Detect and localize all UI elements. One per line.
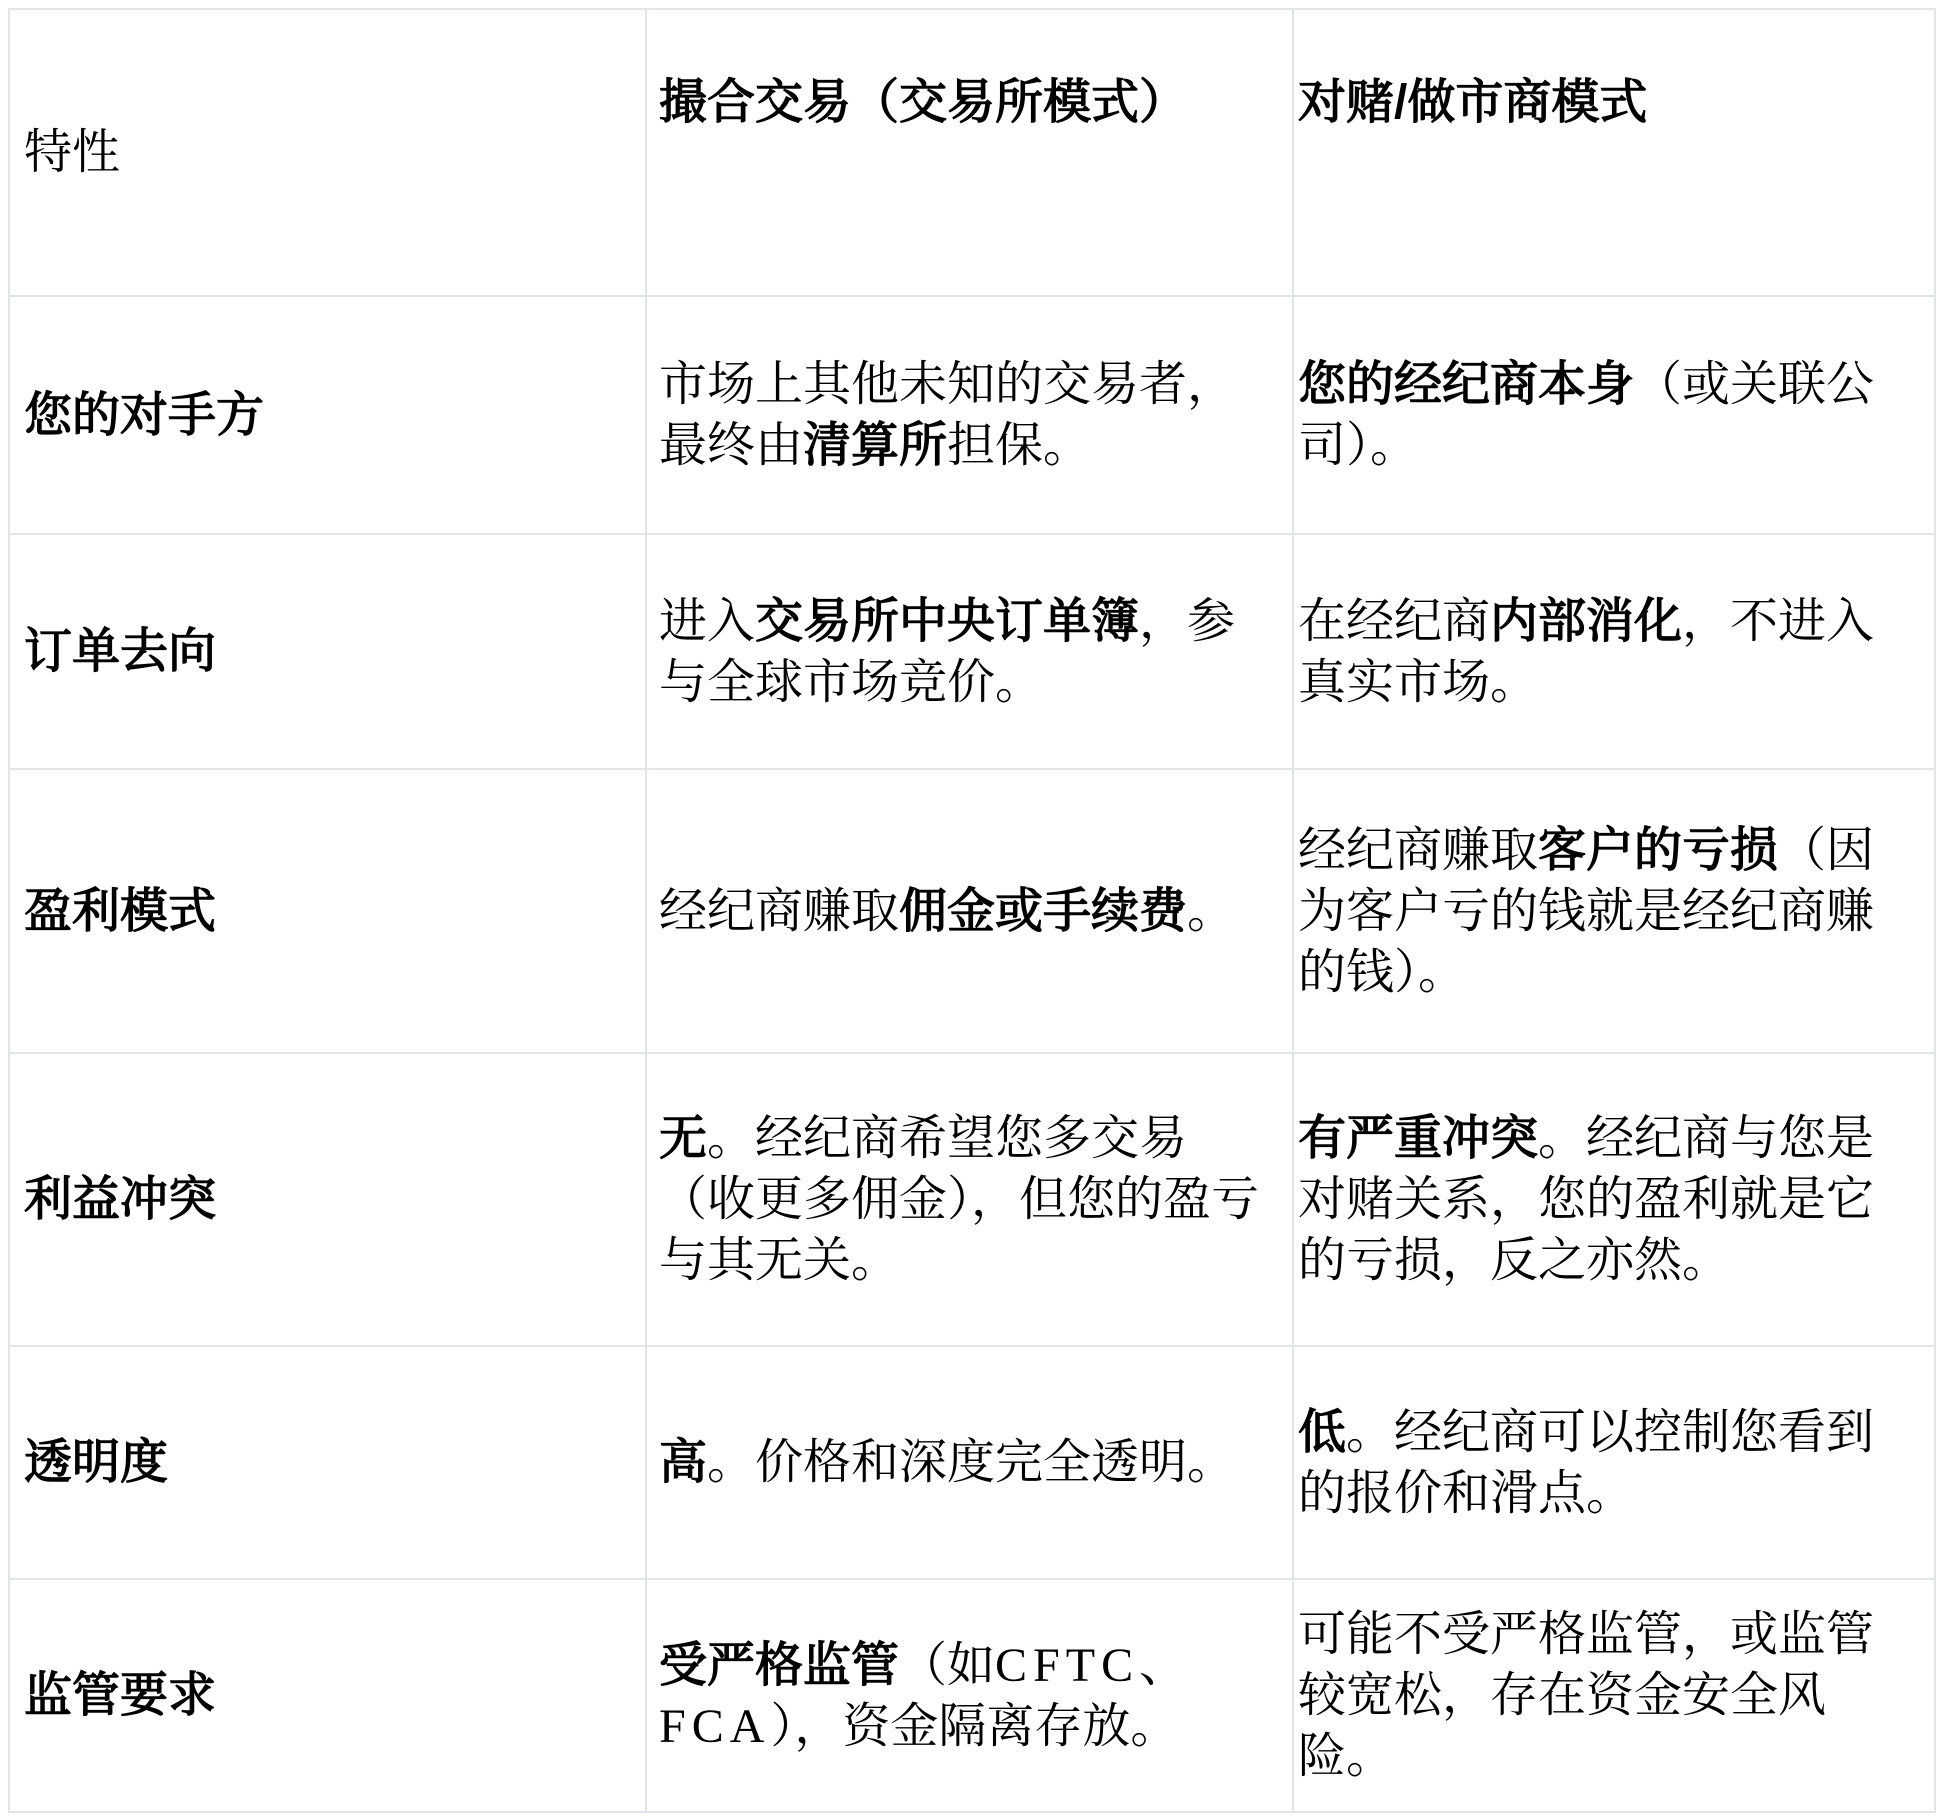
cell-regulation-dealer: 可能不受严格监管，或监管较宽松，存在资金安全风险。 <box>1293 1579 1935 1812</box>
comparison-table: 特性 撮合交易（交易所模式） 对赌/做市商模式 您的对手方 市场上其他未知的交易… <box>8 8 1936 1813</box>
header-row: 特性 撮合交易（交易所模式） 对赌/做市商模式 <box>9 9 1935 296</box>
row-label-profit-model: 盈利模式 <box>9 769 646 1053</box>
col-header-feature: 特性 <box>9 9 646 296</box>
table-row-order-routing: 订单去向 进入交易所中央订单簿，参与全球市场竞价。 在经纪商内部消化，不进入真实… <box>9 534 1935 769</box>
cell-order-routing-exchange: 进入交易所中央订单簿，参与全球市场竞价。 <box>646 534 1293 769</box>
cell-counterparty-exchange: 市场上其他未知的交易者，最终由清算所担保。 <box>646 296 1293 534</box>
table-row-transparency: 透明度 高。价格和深度完全透明。 低。经纪商可以控制您看到的报价和滑点。 <box>9 1346 1935 1579</box>
cell-profit-model-exchange: 经纪商赚取佣金或手续费。 <box>646 769 1293 1053</box>
table-row-counterparty: 您的对手方 市场上其他未知的交易者，最终由清算所担保。 您的经纪商本身（或关联公… <box>9 296 1935 534</box>
cell-order-routing-dealer: 在经纪商内部消化，不进入真实市场。 <box>1293 534 1935 769</box>
cell-transparency-exchange: 高。价格和深度完全透明。 <box>646 1346 1293 1579</box>
page: 特性 撮合交易（交易所模式） 对赌/做市商模式 您的对手方 市场上其他未知的交易… <box>0 0 1940 1820</box>
cell-regulation-exchange: 受严格监管（如CFTC、FCA），资金隔离存放。 <box>646 1579 1293 1812</box>
table-row-profit-model: 盈利模式 经纪商赚取佣金或手续费。 经纪商赚取客户的亏损（因为客户亏的钱就是经纪… <box>9 769 1935 1053</box>
cell-transparency-dealer: 低。经纪商可以控制您看到的报价和滑点。 <box>1293 1346 1935 1579</box>
row-label-regulation: 监管要求 <box>9 1579 646 1812</box>
col-header-exchange-model: 撮合交易（交易所模式） <box>646 9 1293 296</box>
col-header-dealer-model: 对赌/做市商模式 <box>1293 9 1935 296</box>
cell-counterparty-dealer: 您的经纪商本身（或关联公司）。 <box>1293 296 1935 534</box>
table-row-conflict-of-interest: 利益冲突 无。经纪商希望您多交易（收更多佣金），但您的盈亏与其无关。 有严重冲突… <box>9 1053 1935 1346</box>
row-label-order-routing: 订单去向 <box>9 534 646 769</box>
row-label-transparency: 透明度 <box>9 1346 646 1579</box>
cell-profit-model-dealer: 经纪商赚取客户的亏损（因为客户亏的钱就是经纪商赚的钱）。 <box>1293 769 1935 1053</box>
cell-conflict-dealer: 有严重冲突。经纪商与您是对赌关系，您的盈利就是它的亏损，反之亦然。 <box>1293 1053 1935 1346</box>
row-label-conflict-of-interest: 利益冲突 <box>9 1053 646 1346</box>
row-label-counterparty: 您的对手方 <box>9 296 646 534</box>
cell-conflict-exchange: 无。经纪商希望您多交易（收更多佣金），但您的盈亏与其无关。 <box>646 1053 1293 1346</box>
table-row-regulation: 监管要求 受严格监管（如CFTC、FCA），资金隔离存放。 可能不受严格监管，或… <box>9 1579 1935 1812</box>
